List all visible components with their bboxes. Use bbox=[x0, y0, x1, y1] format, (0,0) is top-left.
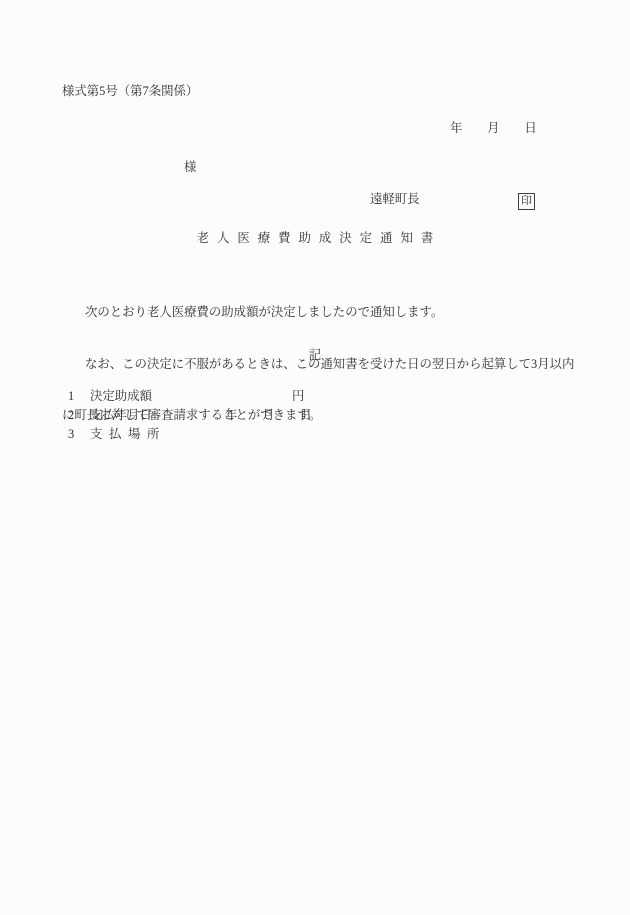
item-unit-yen: 円 bbox=[292, 388, 304, 405]
document-title: 老 人 医 療 費 助 成 決 定 通 知 書 bbox=[0, 230, 630, 246]
record-marker: 記 bbox=[0, 347, 630, 363]
issue-date-line: 年 月 日 bbox=[450, 120, 537, 136]
item-label-payment-place: 支 払 場 所 bbox=[90, 426, 159, 443]
item-number: 2 bbox=[68, 407, 74, 424]
item-row-payment-date: 2 支払年月日 年 月 日 bbox=[0, 407, 630, 424]
notice-document-page: 様式第5号（第7条関係） 年 月 日 様 遠軽町長 印 老 人 医 療 費 助 … bbox=[0, 0, 630, 915]
item-row-payment-place: 3 支 払 場 所 bbox=[0, 426, 630, 443]
body-line-1: 次のとおり老人医療費の助成額が決定しましたので通知します。 bbox=[62, 303, 582, 322]
item-label-decided-amount: 決定助成額 bbox=[90, 388, 152, 405]
sender-title: 遠軽町長 bbox=[370, 191, 420, 207]
item-number: 1 bbox=[68, 388, 74, 405]
item-payment-date-blanks: 年 月 日 bbox=[225, 407, 312, 424]
item-number: 3 bbox=[68, 426, 74, 443]
form-number: 様式第5号（第7条関係） bbox=[62, 83, 198, 99]
seal-mark: 印 bbox=[518, 193, 535, 210]
item-label-payment-date: 支払年月日 bbox=[90, 407, 152, 424]
item-row-decided-amount: 1 決定助成額 円 bbox=[0, 388, 630, 405]
addressee-suffix: 様 bbox=[184, 159, 196, 175]
